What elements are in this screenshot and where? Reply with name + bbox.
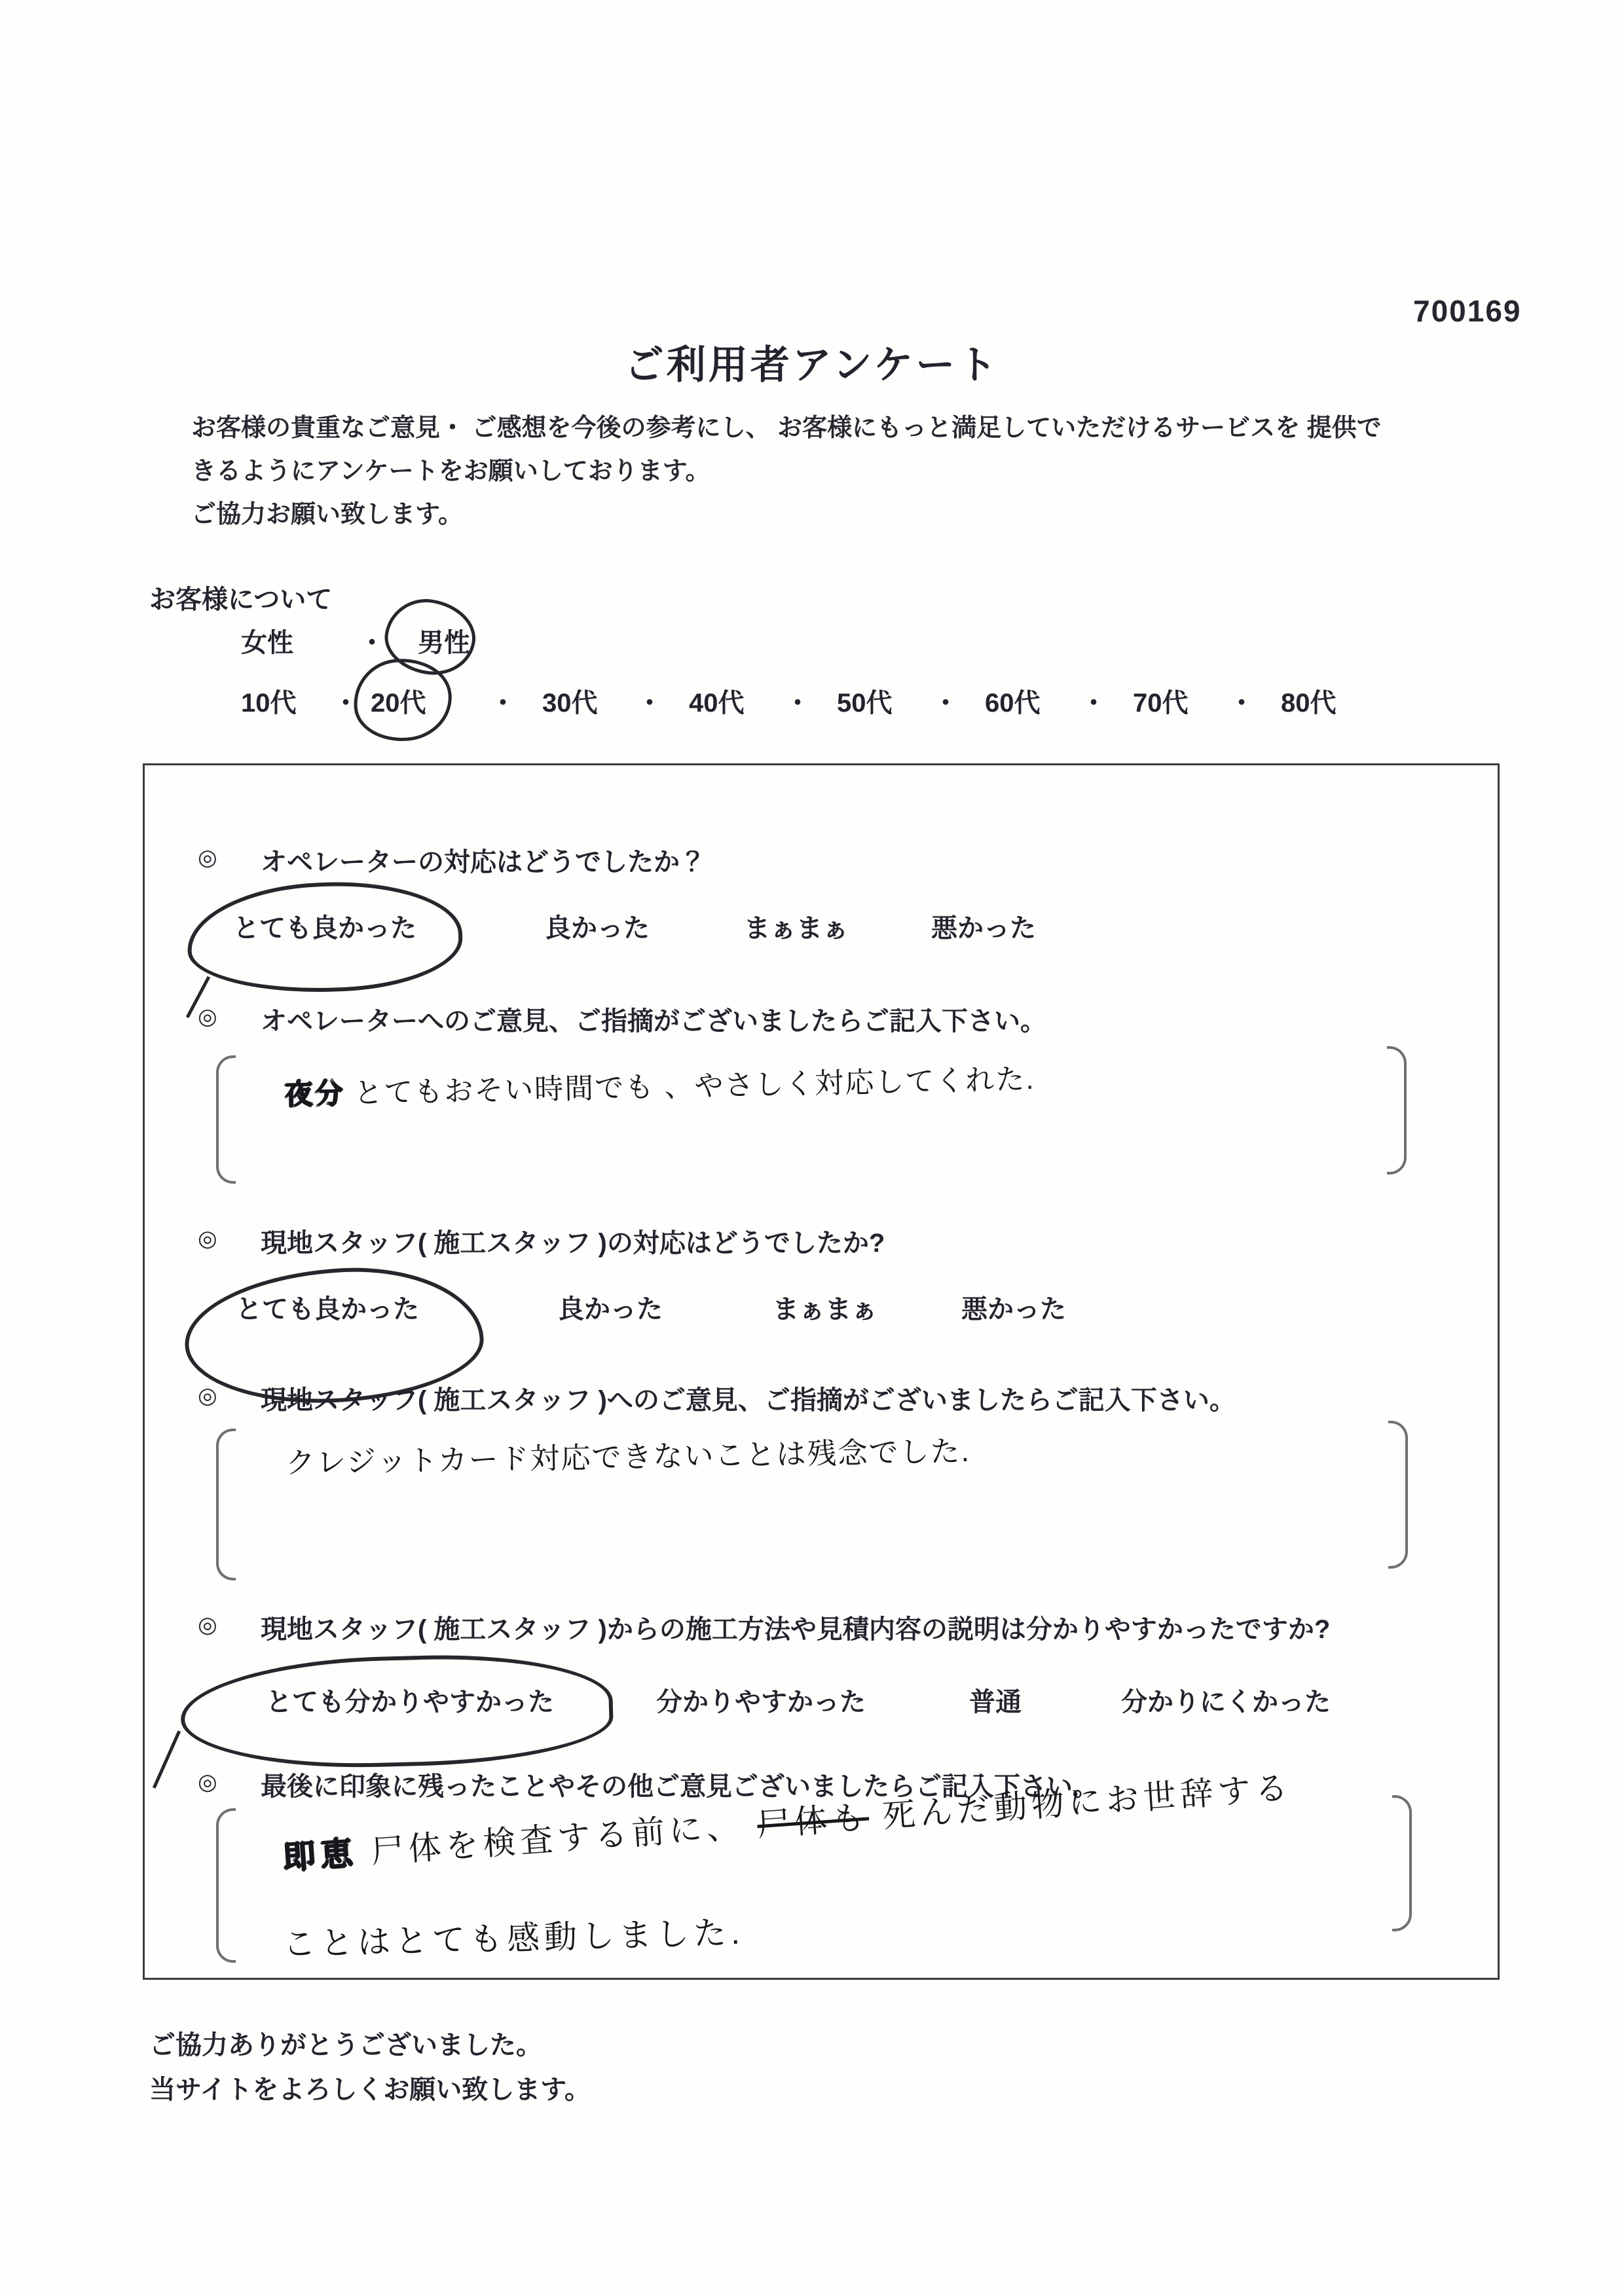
intro-line: きるようにアンケートをお願いしております。	[191, 450, 710, 486]
age-option-80s: 80代	[1281, 682, 1337, 720]
answer-bracket-right	[1392, 1795, 1412, 1931]
question-marker: ◎	[198, 845, 217, 871]
age-option-30s: 30代	[542, 682, 598, 720]
separator-dot: ・	[1080, 682, 1107, 720]
question-marker: ◎	[198, 1383, 217, 1409]
option-unclear: 分かりにくかった	[1121, 1681, 1331, 1719]
option-clear: 分かりやすかった	[656, 1681, 866, 1719]
option-normal: 普通	[969, 1681, 1022, 1719]
age-option-10s: 10代	[241, 682, 297, 720]
question-text: オペレーターへのご意見、ご指摘がございましたらご記入下さい。	[261, 1000, 1046, 1038]
separator-dot: ・	[932, 682, 959, 720]
handwritten-scribble: 即恵	[282, 1834, 359, 1876]
answer-bracket-right	[1387, 1046, 1407, 1175]
question-text: オペレーターの対応はどうでしたか？	[261, 841, 706, 879]
separator-dot: ・	[490, 682, 516, 720]
separator-dot: ・	[359, 622, 385, 659]
answer-bracket-left	[216, 1429, 236, 1580]
option-soso: まぁまぁ	[744, 907, 849, 945]
handwritten-strikethrough: 尸体も	[756, 1799, 870, 1844]
age-option-60s: 60代	[985, 682, 1041, 720]
question-text: 現地スタッフ( 施工スタッフ )からの施工方法や見積内容の説明は分かりやすかった…	[261, 1609, 1330, 1646]
age-option-50s: 50代	[837, 682, 893, 720]
section-heading-customer: お客様について	[149, 579, 332, 616]
question-text: 現地スタッフ( 施工スタッフ )の対応はどうでしたか?	[261, 1222, 885, 1260]
intro-line: ご協力お願い致します。	[191, 494, 463, 530]
separator-dot: ・	[1228, 682, 1255, 720]
answer-bracket-left	[216, 1055, 236, 1184]
footer-line: ご協力ありがとうございました。	[149, 2024, 542, 2062]
question-text: 現地スタッフ( 施工スタッフ )へのご意見、ご指摘がございましたらご記入下さい。	[261, 1379, 1236, 1417]
intro-line: お客様の貴重なご意見・ ご感想を今後の参考にし、 お客様にもっと満足していただけ…	[191, 407, 1382, 443]
question-marker: ◎	[198, 1226, 217, 1252]
age-option-40s: 40代	[689, 682, 745, 720]
age-option-70s: 70代	[1133, 682, 1189, 720]
doc-number: 700169	[1413, 293, 1522, 329]
separator-dot: ・	[784, 682, 811, 720]
option-soso: まぁまぁ	[773, 1288, 877, 1326]
option-good: 良かった	[545, 907, 650, 945]
question-marker: ◎	[198, 1004, 217, 1030]
question-marker: ◎	[198, 1612, 217, 1638]
answer-bracket-right	[1388, 1421, 1408, 1569]
separator-dot: ・	[637, 682, 663, 720]
footer-line: 当サイトをよろしくお願い致します。	[149, 2069, 591, 2106]
survey-form-page: 700169 ご利用者アンケート お客様の貴重なご意見・ ご感想を今後の参考にし…	[0, 0, 1624, 2296]
answer-bracket-left	[216, 1808, 236, 1963]
option-good: 良かった	[558, 1288, 663, 1326]
handwritten-scribble: 夜分	[284, 1078, 345, 1111]
option-bad: 悪かった	[931, 907, 1036, 945]
question-marker: ◎	[198, 1769, 217, 1795]
option-bad: 悪かった	[961, 1288, 1066, 1326]
page-title: ご利用者アンケート	[0, 334, 1624, 390]
gender-option-female: 女性	[241, 622, 293, 659]
